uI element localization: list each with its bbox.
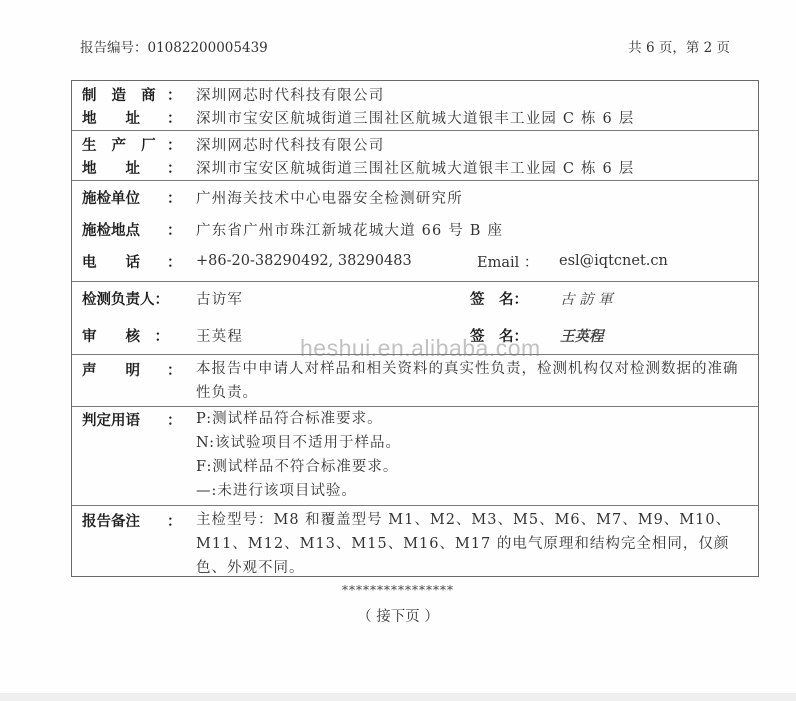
remarks-text: 主检型号：M8 和覆盖型号 M1、M2、M3、M5、M6、M7、M9、M10、M… <box>196 508 750 580</box>
reviewer-label: 审 核 ： <box>82 325 169 346</box>
statement-text: 本报告中申请人对样品和相关资料的真实性负责，检测机构仅对检测数据的准确性负责。 <box>196 357 750 405</box>
statement-section: 声 明 ： 本报告中申请人对样品和相关资料的真实性负责，检测机构仅对检测数据的准… <box>72 355 758 407</box>
watermark: heshui.en.alibaba.com <box>300 335 541 362</box>
colon: ： <box>167 157 182 178</box>
inspection-section: 施检单位 ： 广州海关技术中心电器安全检测研究所 施检地点 ： 广东省广州市珠江… <box>72 181 758 282</box>
factory-value: 深圳网芯时代科技有限公司 <box>196 134 384 155</box>
end-stars: **************** <box>0 583 796 597</box>
colon: ： <box>167 84 182 105</box>
factory-address-label: 地 址 <box>82 157 140 178</box>
factory-address: 深圳市宝安区航城街道三围社区航城大道银丰工业园 C 栋 6 层 <box>196 157 634 178</box>
manufacturer-label: 制 造 商 <box>82 84 161 105</box>
report-number: 报告编号：01082200005439 <box>80 36 268 56</box>
email-label: Email ： <box>477 251 538 272</box>
manufacturer-value: 深圳网芯时代科技有限公司 <box>196 84 384 105</box>
verdict-item-not-tested: —:未进行该项目试验。 <box>196 479 750 503</box>
statement-label: 声 明 <box>82 359 140 380</box>
bottom-band <box>0 693 796 701</box>
inspection-site-label: 施检地点 <box>82 219 140 240</box>
sign-label: 签 名： <box>470 288 528 309</box>
verdicts-list: P:测试样品符合标准要求。 N:该试验项目不适用于样品。 F:测试样品不符合标准… <box>196 407 750 503</box>
page-header: 报告编号：01082200005439 共 6 页，第 2 页 <box>80 36 730 56</box>
responsible-label: 检测负责人： <box>82 288 169 309</box>
phone-label: 电 话 <box>82 251 140 272</box>
report-number-value: 01082200005439 <box>148 40 268 56</box>
inspection-unit-label: 施检单位 <box>82 187 140 208</box>
inspection-unit-value: 广州海关技术中心电器安全检测研究所 <box>196 187 463 208</box>
colon: ： <box>167 359 182 380</box>
verdicts-section: 判定用语 ： P:测试样品符合标准要求。 N:该试验项目不适用于样品。 F:测试… <box>72 407 758 506</box>
colon: ： <box>167 187 182 208</box>
manufacturer-address: 深圳市宝安区航城街道三围社区航城大道银丰工业园 C 栋 6 层 <box>196 107 634 128</box>
manufacturer-address-label: 地 址 <box>82 107 140 128</box>
report-table: 制 造 商 ： 深圳网芯时代科技有限公司 地 址 ： 深圳市宝安区航城街道三围社… <box>71 80 759 577</box>
colon: ： <box>167 409 182 430</box>
phone-value: +86-20-38290492, 38290483 <box>196 253 412 269</box>
reviewer-signature: 王英程 <box>560 325 604 346</box>
inspection-site-value: 广东省广州市珠江新城花城大道 66 号 B 座 <box>196 219 503 240</box>
colon: ： <box>167 107 182 128</box>
verdict-item-pass: P:测试样品符合标准要求。 <box>196 407 750 431</box>
reviewer-name: 王英程 <box>196 325 243 346</box>
continued-label: （ 接下页 ） <box>0 605 796 626</box>
report-number-label: 报告编号： <box>80 40 148 56</box>
factory-section: 生 产 厂 ： 深圳网芯时代科技有限公司 地 址 ： 深圳市宝安区航城街道三围社… <box>72 131 758 181</box>
verdict-item-fail: F:测试样品不符合标准要求。 <box>196 455 750 479</box>
colon: ： <box>167 219 182 240</box>
factory-label: 生 产 厂 <box>82 134 161 155</box>
manufacturer-section: 制 造 商 ： 深圳网芯时代科技有限公司 地 址 ： 深圳市宝安区航城街道三围社… <box>72 81 758 131</box>
remarks-section: 报告备注 ： 主检型号：M8 和覆盖型号 M1、M2、M3、M5、M6、M7、M… <box>72 506 758 578</box>
colon: ： <box>167 510 182 531</box>
responsible-name: 古访军 <box>196 288 243 309</box>
verdict-item-not-applicable: N:该试验项目不适用于样品。 <box>196 431 750 455</box>
colon: ： <box>167 251 182 272</box>
colon: ： <box>167 134 182 155</box>
verdicts-label: 判定用语 <box>82 409 140 430</box>
page-info: 共 6 页，第 2 页 <box>628 36 730 56</box>
email-value: esl@iqtcnet.cn <box>559 253 668 269</box>
remarks-label: 报告备注 <box>82 510 140 531</box>
responsible-signature: 古 訪 軍 <box>560 288 613 309</box>
